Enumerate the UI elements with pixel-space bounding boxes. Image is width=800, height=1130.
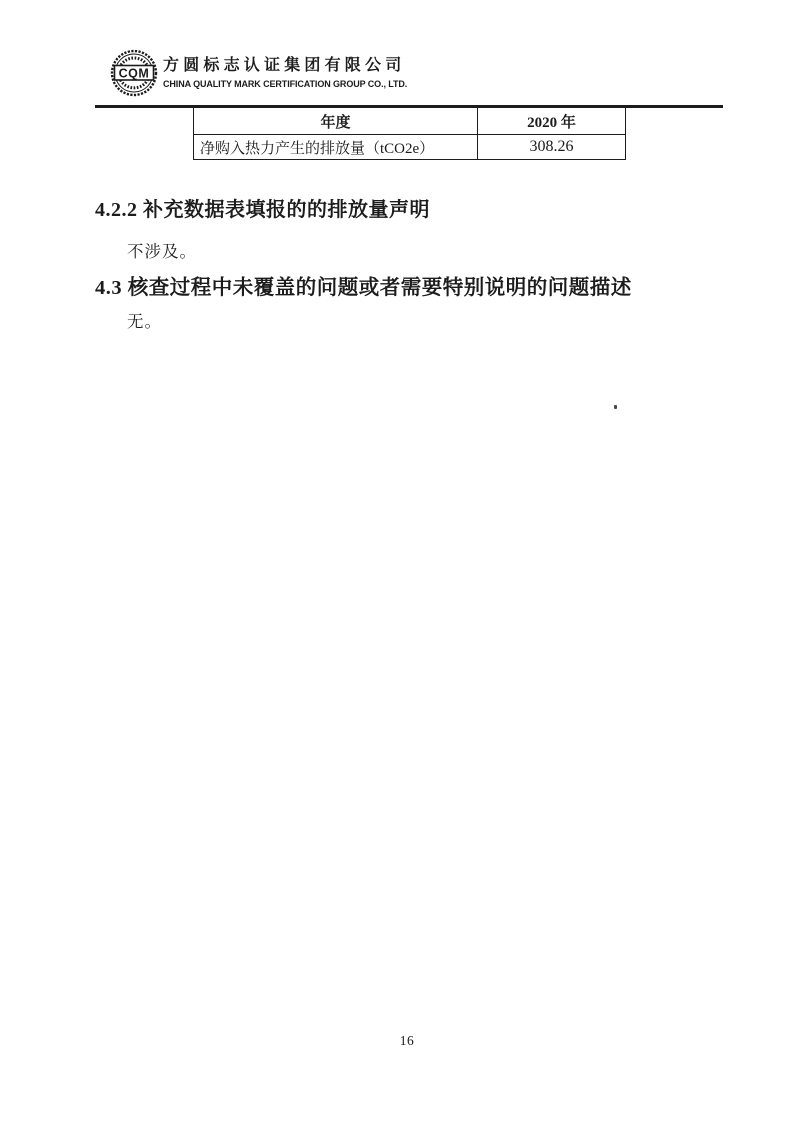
table-cell-emission-value: 308.26 [478,135,626,160]
table-header-2020: 2020 年 [478,108,626,135]
ink-speck-artifact [614,405,617,409]
page-number: 16 [0,1033,800,1049]
company-name-chinese: 方圆标志认证集团有限公司 [163,55,407,76]
logo-bottom-microtext [121,80,148,88]
table-header-year: 年度 [194,108,478,135]
company-name-english: CHINA QUALITY MARK CERTIFICATION GROUP C… [163,78,407,90]
table-cell-emission-label: 净购入热力产生的排放量（tCO2e） [194,135,478,160]
section-heading-4-2-2: 4.2.2 补充数据表填报的的排放量声明 [95,198,430,223]
section-body-4-3: 无。 [127,312,162,332]
table-row: 净购入热力产生的排放量（tCO2e） 308.26 [194,135,626,160]
emissions-table: 年度 2020 年 净购入热力产生的排放量（tCO2e） 308.26 [193,107,626,160]
section-body-4-2-2: 不涉及。 [127,242,197,262]
table-header-row: 年度 2020 年 [194,108,626,135]
document-page: CQM 方圆标志认证集团有限公司 CHINA QUALITY MARK CERT… [0,0,800,1130]
logo-cqm-text: CQM [119,66,150,80]
header: CQM 方圆标志认证集团有限公司 CHINA QUALITY MARK CERT… [0,0,800,108]
logo-top-microtext [121,58,147,65]
cqm-logo: CQM [110,49,158,97]
company-name-block: 方圆标志认证集团有限公司 CHINA QUALITY MARK CERTIFIC… [163,55,407,90]
section-heading-4-3: 4.3 核查过程中未覆盖的问题或者需要特别说明的问题描述 [95,276,632,301]
